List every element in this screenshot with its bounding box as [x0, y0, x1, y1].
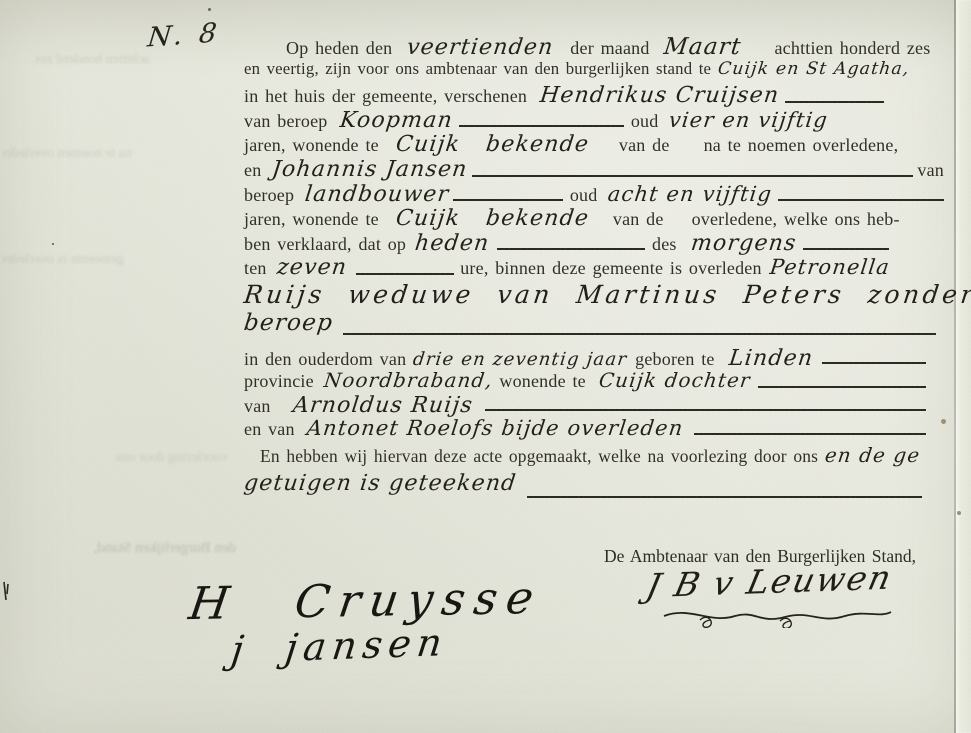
ink-mark [1, 580, 11, 607]
printed-text: des [645, 234, 683, 255]
blank-line [459, 121, 624, 127]
handwritten-text: Cuijk [394, 132, 461, 157]
paper-speck [52, 243, 54, 245]
form-line: jaren, wonende te Cuijkbekendevan dena t… [244, 132, 944, 157]
form-line: in den ouderdom van drie en zeventig jaa… [244, 346, 944, 370]
bleed-through-text: voorlezing door ons [2, 450, 228, 466]
form-line: en veertig, zijn voor ons ambtenaar van … [244, 59, 944, 84]
form-line: jaren, wonende te Cuijkbekendevan deover… [244, 206, 944, 231]
official-signature: J B v Leuwen [643, 558, 897, 605]
printed-text: wonende te [499, 371, 592, 392]
form-line: Op heden den veertienden der maand Maart… [244, 34, 944, 59]
form-line: Ruijs weduwe van Martinus Peters zonder [244, 280, 944, 310]
form-line: en Johannis Jansenvan [244, 157, 944, 182]
blank-line [758, 382, 926, 388]
signature-flourish [660, 604, 895, 633]
handwritten-text: heden [413, 231, 491, 256]
blank-line [822, 358, 926, 364]
handwritten-text: Maart [663, 34, 744, 60]
printed-text: en van [244, 419, 301, 440]
printed-text: En hebben wij hiervan deze acte opgemaak… [260, 446, 825, 467]
witness-signature-cruijsen: H Cruysse [186, 571, 546, 630]
printed-text: van de [619, 135, 670, 156]
handwritten-text: bekende [484, 132, 590, 157]
handwritten-text: Antonet Roelofs bijde overleden [306, 416, 685, 440]
form-line: beroep landbouwer oud acht en vijftig [244, 182, 944, 207]
blank-line [694, 429, 926, 435]
handwritten-text: beroep [242, 310, 334, 336]
handwritten-text: Hendrikus Cruijsen [538, 83, 780, 108]
handwritten-text: Johannis Jansen [271, 157, 470, 182]
handwritten-text: Cuijk [394, 206, 461, 231]
handwritten-text: zeven [276, 255, 349, 280]
printed-text: beroep [244, 185, 301, 206]
printed-text: overledene, welke ons heb- [692, 209, 900, 230]
printed-text: in den ouderdom van [244, 349, 413, 370]
handwritten-text: Petronella [769, 255, 892, 279]
printed-text: oud [624, 111, 665, 132]
form-line: En hebben wij hiervan deze acte opgemaak… [244, 444, 944, 471]
printed-text: ben verklaard, dat op [244, 234, 413, 255]
paper-speck [208, 8, 211, 11]
blank-line [785, 97, 884, 103]
bleed-through-text: den Burgerlijken Stand, [2, 540, 236, 557]
printed-text: en veertig, zijn voor ons ambtenaar van … [244, 59, 718, 79]
form-line: ten zeven ure, binnen deze gemeente is o… [244, 255, 944, 280]
form-line: van Arnoldus Ruijs [244, 393, 944, 417]
blank-line [453, 195, 563, 201]
handwritten-text: Linden [728, 346, 815, 371]
handwritten-text: Arnoldus Ruijs [292, 393, 475, 418]
form-line: getuigen is geteekend [244, 471, 944, 503]
printed-text: van [917, 160, 944, 181]
form-line: en van Antonet Roelofs bijde overleden [244, 416, 944, 440]
form-line: ben verklaard, dat op heden des morgens [244, 231, 944, 256]
printed-text: jaren, wonende te [244, 209, 386, 230]
printed-text: in het huis der gemeente, verschenen [244, 86, 534, 107]
form-text-block: Op heden den veertienden der maand Maart… [244, 34, 944, 503]
printed-text: Op heden den [286, 38, 399, 59]
page-edge [956, 0, 971, 733]
blank-line [343, 329, 936, 335]
bleed-through-text: na te noemen overledene, [2, 146, 132, 162]
printed-text: der maand [564, 38, 657, 59]
handwritten-text: landbouwer [303, 182, 450, 207]
handwritten-text: Koopman [339, 108, 455, 133]
printed-text: van beroep [244, 111, 334, 132]
handwritten-text: bekende [484, 206, 590, 231]
blank-line [803, 244, 889, 250]
printed-text: en [244, 160, 268, 181]
blank-line [485, 405, 926, 411]
handwritten-text: drie en zeventig jaar [412, 349, 629, 370]
blank-line [356, 269, 454, 275]
printed-text: achttien honderd zes [768, 38, 931, 59]
printed-text: ten [244, 258, 273, 279]
act-number: N. 8 [146, 18, 222, 54]
handwritten-text: acht en vijftig [607, 182, 774, 206]
form-line: beroep [244, 310, 944, 340]
bleed-through-text: gemeente is overleden [2, 252, 124, 268]
death-certificate-page: achttien honderd zes na te noemen overle… [0, 0, 971, 733]
blank-line [497, 244, 645, 250]
printed-text: van [244, 396, 277, 417]
paper-speck [957, 511, 961, 515]
handwritten-text: Cuijk en St Agatha, [716, 59, 910, 79]
witness-signature-jansen: j jansen [229, 620, 451, 671]
form-line: in het huis der gemeente, verschenen Hen… [244, 83, 944, 108]
bleed-through-text: achttien honderd zes [2, 52, 150, 68]
handwritten-text: Cuijk dochter [597, 369, 752, 392]
printed-text: ure, binnen deze gemeente is overleden [454, 258, 769, 279]
printed-text: na te noemen overledene, [704, 135, 899, 156]
printed-text: geboren te [635, 349, 721, 370]
handwritten-text: Ruijs weduwe van Martinus Peters zonder [242, 280, 971, 309]
blank-line [778, 195, 944, 201]
handwritten-text: veertienden [406, 35, 556, 60]
printed-text: van de [613, 209, 664, 230]
form-line: provincie Noordbraband,wonende te Cuijk … [244, 369, 944, 393]
blank-line [472, 171, 914, 177]
printed-text: jaren, wonende te [244, 135, 386, 156]
printed-text: provincie [244, 371, 320, 392]
handwritten-text: en de ge [823, 444, 921, 467]
printed-text: oud [563, 185, 604, 206]
form-line: van beroep Koopman oud vier en vijftig [244, 108, 944, 133]
blank-line [527, 492, 922, 498]
handwritten-text: getuigen is geteekend [242, 471, 518, 496]
handwritten-text: morgens [690, 231, 799, 256]
handwritten-text: vier en vijftig [668, 108, 830, 132]
handwritten-text: Noordbraband, [323, 369, 495, 392]
